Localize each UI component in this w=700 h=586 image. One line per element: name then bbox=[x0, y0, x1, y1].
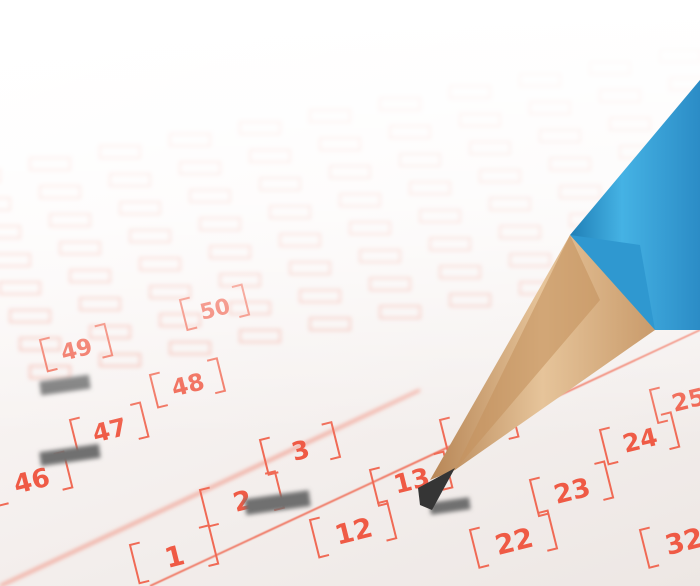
lottery-ticket-grid: 46474849501231213152223242532 bbox=[0, 0, 700, 586]
lottery-photo: 46474849501231213152223242532 bbox=[0, 0, 700, 586]
